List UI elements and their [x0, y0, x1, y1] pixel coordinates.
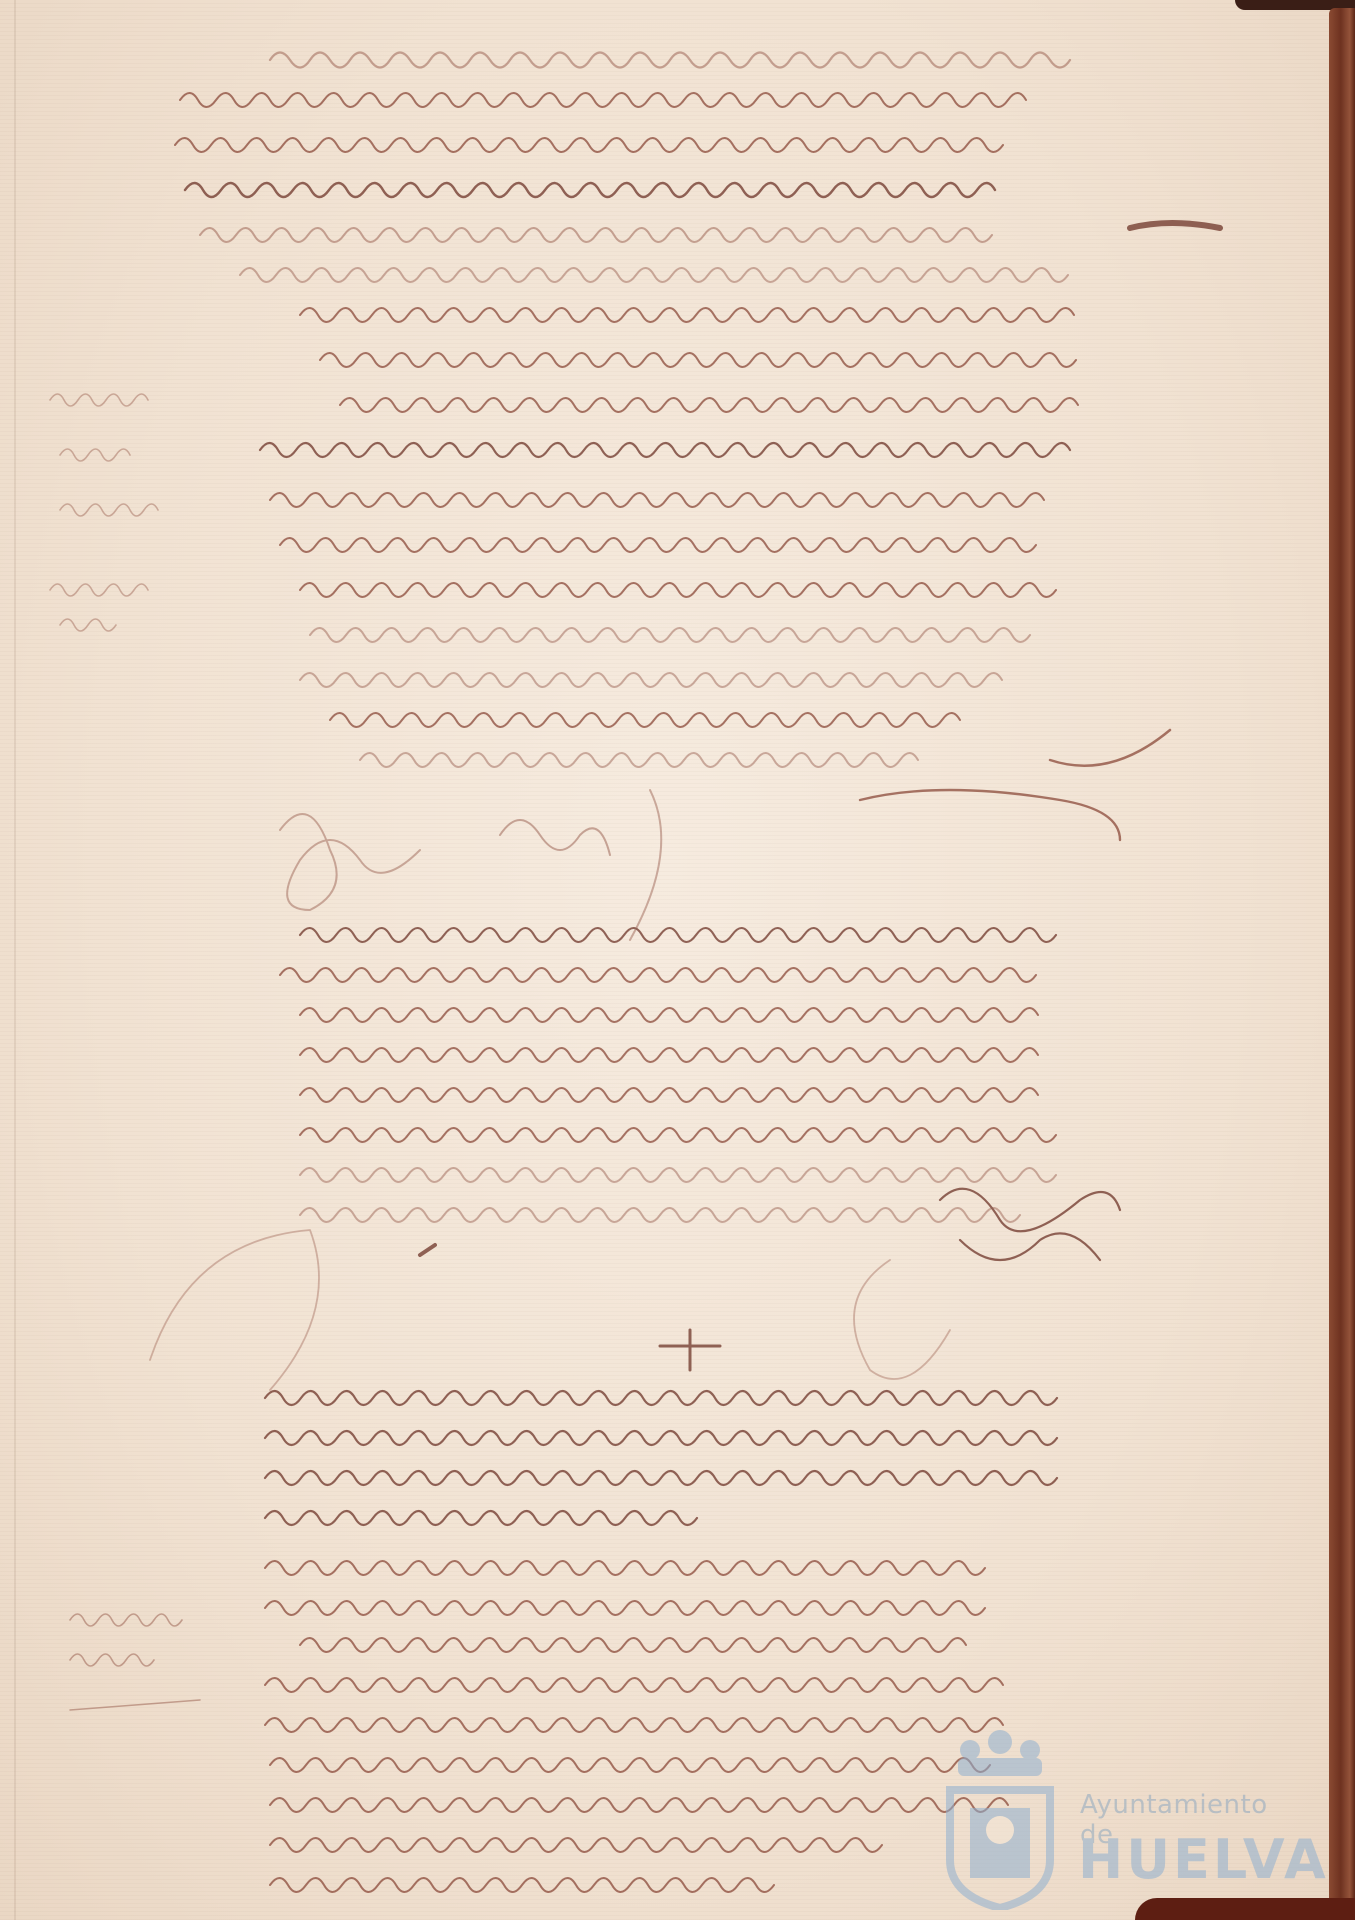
- book-binding-edge: [1329, 8, 1355, 1908]
- ayuntamiento-huelva-watermark: Ayuntamiento de HUELVA: [940, 1720, 1280, 1910]
- coat-of-arms-icon: [940, 1720, 1060, 1910]
- watermark-line2: HUELVA: [1078, 1828, 1329, 1891]
- manuscript-page: [0, 0, 1335, 1920]
